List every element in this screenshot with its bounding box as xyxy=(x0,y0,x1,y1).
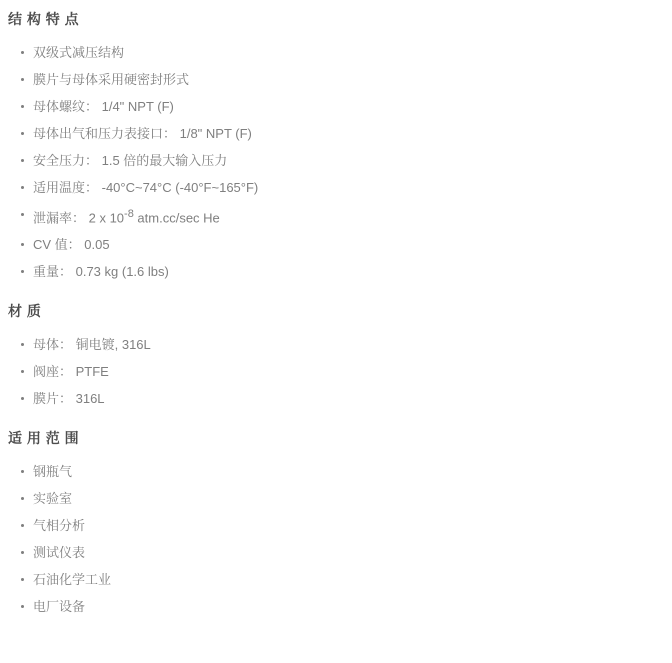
section-title: 材 质 xyxy=(8,304,662,318)
bullet-list: 钢瓶气实验室气相分析测试仪表石油化学工业电厂设备 xyxy=(8,465,662,613)
list-item: 适用温度： -40°C~74°C (-40°F~165°F) xyxy=(33,181,662,194)
list-item: 母体出气和压力表接口： 1/8" NPT (F) xyxy=(33,127,662,140)
spec-section: 材 质 母体： 铜电镀, 316L阀座： PTFE膜片： 316L xyxy=(8,304,662,405)
list-item: 膜片与母体采用硬密封形式 xyxy=(33,73,662,86)
list-item: 测试仪表 xyxy=(33,546,662,559)
spec-section: 结 构 特 点 双级式减压结构膜片与母体采用硬密封形式母体螺纹： 1/4" NP… xyxy=(8,12,662,278)
spec-section: 适 用 范 围 钢瓶气实验室气相分析测试仪表石油化学工业电厂设备 xyxy=(8,431,662,613)
list-item: 阀座： PTFE xyxy=(33,365,662,378)
list-item: 双级式减压结构 xyxy=(33,46,662,59)
content: 结 构 特 点 双级式减压结构膜片与母体采用硬密封形式母体螺纹： 1/4" NP… xyxy=(8,12,662,613)
list-item: CV 值： 0.05 xyxy=(33,238,662,251)
superscript: -8 xyxy=(124,208,134,220)
list-item: 泄漏率： 2 x 10-8 atm.cc/sec He xyxy=(33,208,662,224)
list-item: 实验室 xyxy=(33,492,662,505)
list-item: 重量： 0.73 kg (1.6 lbs) xyxy=(33,265,662,278)
item-text: 泄漏率： 2 x 10 xyxy=(33,210,124,225)
section-title: 适 用 范 围 xyxy=(8,431,662,445)
list-item: 气相分析 xyxy=(33,519,662,532)
list-item: 安全压力： 1.5 倍的最大输入压力 xyxy=(33,154,662,167)
list-item: 母体螺纹： 1/4" NPT (F) xyxy=(33,100,662,113)
list-item: 钢瓶气 xyxy=(33,465,662,478)
list-item: 电厂设备 xyxy=(33,600,662,613)
bullet-list: 双级式减压结构膜片与母体采用硬密封形式母体螺纹： 1/4" NPT (F)母体出… xyxy=(8,46,662,278)
section-title: 结 构 特 点 xyxy=(8,12,662,26)
list-item: 膜片： 316L xyxy=(33,392,662,405)
bullet-list: 母体： 铜电镀, 316L阀座： PTFE膜片： 316L xyxy=(8,338,662,405)
page: { "colors": { "background": "#ffffff", "… xyxy=(0,0,672,663)
item-text: atm.cc/sec He xyxy=(134,210,220,225)
list-item: 母体： 铜电镀, 316L xyxy=(33,338,662,351)
list-item: 石油化学工业 xyxy=(33,573,662,586)
